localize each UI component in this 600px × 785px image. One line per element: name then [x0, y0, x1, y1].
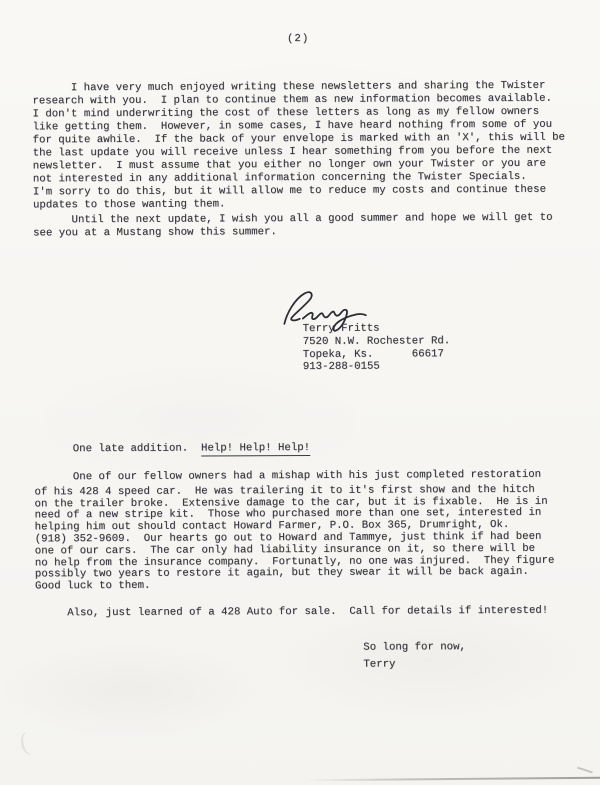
help-heading-underlined: Help! Help! Help! — [201, 442, 310, 456]
text-line: Until the next update, I wish you all a … — [33, 212, 553, 228]
paragraph-428-for-sale: Also, just learned of a 428 Auto for sal… — [35, 605, 548, 620]
text-line: 913-288-0155 — [303, 361, 451, 375]
text-line: So long for now, — [363, 639, 466, 656]
text-line: updates to those wanting them. — [33, 197, 565, 213]
text-line: Terry — [363, 656, 466, 673]
text-line: Good luck to them. — [35, 579, 555, 594]
page-number: (2) — [0, 31, 598, 46]
text-line: Terry Fritts — [303, 322, 451, 336]
late-addition-heading: One late addition. Help! Help! Help! — [34, 442, 310, 455]
late-addition-lead: One late addition. — [34, 443, 201, 456]
text-line: 7520 N.W. Rochester Rd. — [303, 335, 451, 349]
text-line: I'm sorry to do this, but it will allow … — [33, 184, 565, 200]
closing-block: So long for now,Terry — [363, 639, 466, 673]
paragraph-mishap-story: One of our fellow owners had a mishap wi… — [34, 470, 554, 594]
paragraph-newsletter-continuation: I have very much enjoyed writing these n… — [32, 80, 565, 213]
text-line: Topeka, Ks. 66617 — [303, 348, 451, 362]
signature-address-block: Terry Fritts7520 N.W. Rochester Rd.Topek… — [303, 322, 451, 374]
scanned-letter-page: (2) I have very much enjoyed writing the… — [0, 0, 600, 785]
paragraph-summer-wishes: Until the next update, I wish you all a … — [33, 212, 553, 241]
text-line: One of our fellow owners had a mishap wi… — [34, 470, 554, 485]
scan-artifact-speck: ( — [17, 727, 32, 758]
text-line: see you at a Mustang show this summer. — [33, 225, 553, 241]
page-content: (2) I have very much enjoyed writing the… — [0, 0, 600, 785]
